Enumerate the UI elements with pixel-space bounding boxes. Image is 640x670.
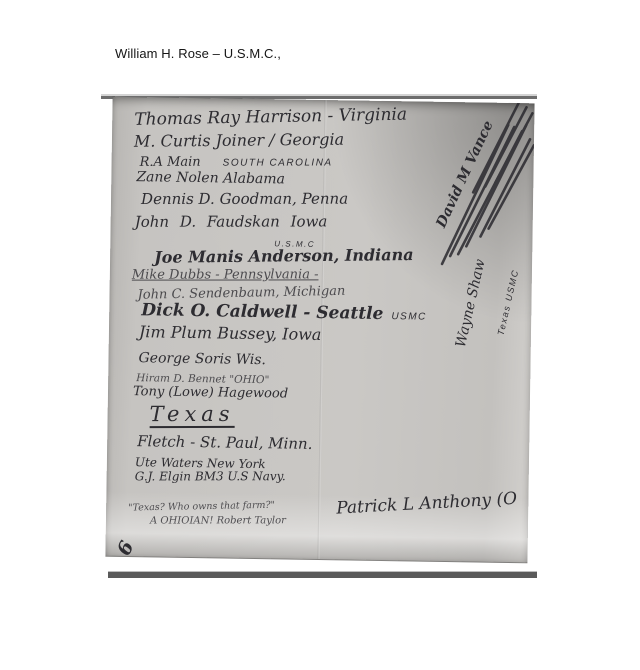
- page: William H. Rose – U.S.M.C., San Antonio …: [0, 0, 640, 670]
- signature-anthony: Patrick L Anthony (O: [336, 491, 518, 518]
- signature-ohioian: A OHIOIAN! Robert Taylor: [150, 516, 286, 526]
- corner-pen-mark: 6: [115, 538, 138, 558]
- signature-sendenbaum: John C. Sendenbaum, Michigan: [137, 285, 345, 302]
- signature-caldwell: Dick O. Caldwell - Seattle: [141, 302, 383, 323]
- signature-quote: "Texas? Who owns that farm?": [128, 501, 275, 513]
- autograph-paper: Thomas Ray Harrison - Virginia M. Curtis…: [105, 97, 534, 564]
- signature-caldwell-row: Dick O. Caldwell - Seattle USMC: [141, 302, 427, 323]
- caption-line-rose: William H. Rose – U.S.M.C.,: [115, 46, 387, 62]
- signature-harrison: Thomas Ray Harrison - Virginia: [134, 107, 407, 129]
- signature-soris: George Soris Wis.: [138, 351, 266, 367]
- signature-texas: Texas: [150, 404, 235, 428]
- signature-caldwell-unit: USMC: [391, 312, 427, 323]
- signature-hagewood: Tony (Lowe) Hagewood: [133, 385, 288, 400]
- signature-goodman: Dennis D. Goodman, Penna: [141, 192, 348, 207]
- signature-bussey: Jim Plum Bussey, Iowa: [139, 324, 322, 343]
- signature-main-row: R.A Main SOUTH CAROLINA: [140, 155, 333, 168]
- signature-shaw-unit-vertical: Texas USMC: [497, 268, 521, 336]
- scan-bottom-edge: [108, 572, 537, 578]
- signature-fletch: Fletch - St. Paul, Minn.: [137, 434, 312, 452]
- signature-anderson: Joe Manis Anderson, Indiana: [154, 247, 414, 266]
- signature-dubbs: Mike Dubbs - Pennsylvania -: [132, 268, 319, 281]
- signature-vance-diagonal: David M Vance: [434, 119, 496, 230]
- signature-shaw-vertical: Wayne Shaw: [454, 258, 488, 349]
- scanned-autograph-photo: Thomas Ray Harrison - Virginia M. Curtis…: [101, 94, 537, 578]
- signature-main-state: SOUTH CAROLINA: [223, 158, 333, 168]
- signature-waters: Ute Waters New York: [135, 456, 266, 470]
- signature-main: R.A Main: [140, 156, 201, 169]
- signature-faudskan: John D. Faudskan Iowa: [135, 214, 328, 229]
- signature-nolen: Zane Nolen Alabama: [136, 170, 285, 186]
- signature-joiner: M. Curtis Joiner / Georgia: [134, 132, 344, 150]
- signature-elgin: G.J. Elgin BM3 U.S Navy.: [135, 470, 286, 482]
